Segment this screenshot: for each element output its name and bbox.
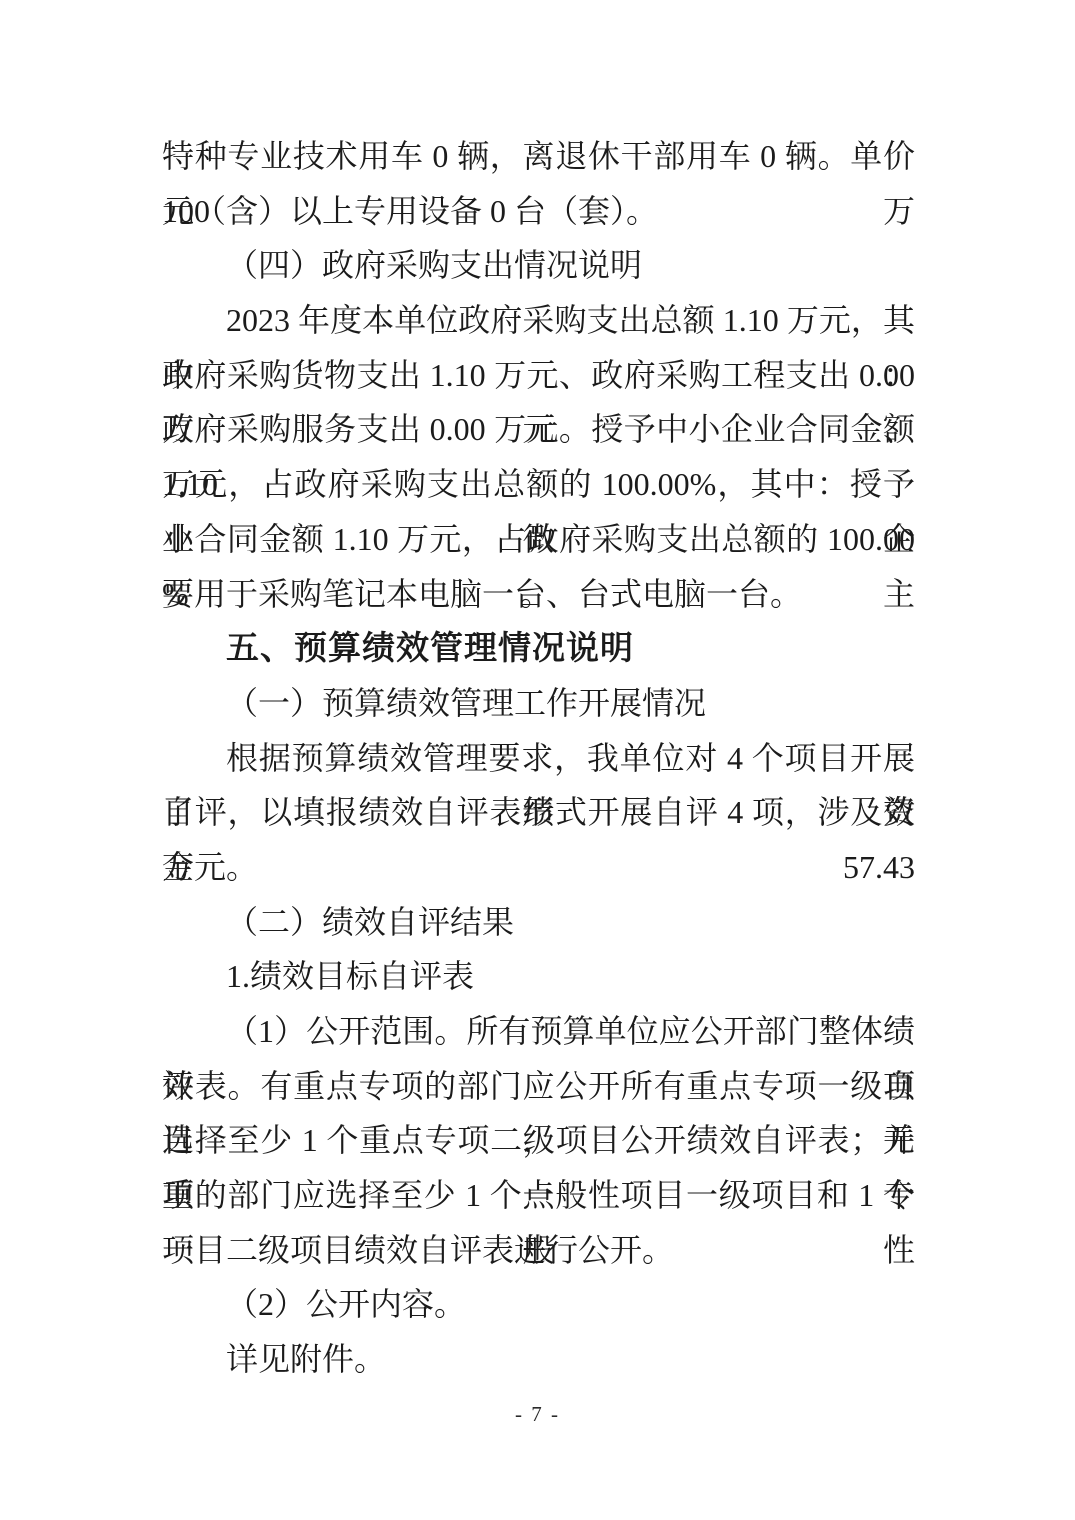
text-line: 2023 年度本单位政府采购支出总额 1.10 万元，其中： — [162, 293, 915, 348]
text-line: 评表。有重点专项的部门应公开所有重点专项一级项目，并 — [162, 1059, 915, 1114]
text-line: 业合同金额 1.10 万元，占政府采购支出总额的 100.00 %。主 — [162, 512, 915, 567]
text-line: 自评，以填报绩效自评表形式开展自评 4 项，涉及资金 57.43 — [162, 785, 915, 840]
text-line: 特种专业技术用车 0 辆，离退休干部用车 0 辆。单价 100 万 — [162, 129, 915, 184]
text-line: （1）公开范围。所有预算单位应公开部门整体绩效自 — [162, 1004, 915, 1059]
text-line: 根据预算绩效管理要求，我单位对 4 个项目开展了绩效 — [162, 731, 915, 786]
text-line: 详见附件。 — [162, 1332, 915, 1387]
text-line: 选择至少 1 个重点专项二级项目公开绩效自评表；无重点专 — [162, 1113, 915, 1168]
page-number: - 7 - — [0, 1402, 1075, 1427]
text-line: 项的部门应选择至少 1 个一般性项目一级项目和 1 个一般性 — [162, 1168, 915, 1223]
text-line: （2）公开内容。 — [162, 1277, 915, 1332]
text-line: 万元，占政府采购支出总额的 100.00%，其中：授予小微企 — [162, 457, 915, 512]
document-page: 特种专业技术用车 0 辆，离退休干部用车 0 辆。单价 100 万元（含）以上专… — [0, 0, 1075, 1520]
text-line: （四）政府采购支出情况说明 — [162, 238, 915, 293]
text-line: 政府采购货物支出 1.10 万元、政府采购工程支出 0.00 万元、 — [162, 348, 915, 403]
text-line: 1.绩效目标自评表 — [162, 949, 915, 1004]
text-line: 政府采购服务支出 0.00 万元。授予中小企业合同金额 1.10 — [162, 402, 915, 457]
document-body: 特种专业技术用车 0 辆，离退休干部用车 0 辆。单价 100 万元（含）以上专… — [162, 129, 915, 1387]
text-line: （一）预算绩效管理工作开展情况 — [162, 676, 915, 731]
text-line: （二）绩效自评结果 — [162, 895, 915, 950]
section-heading: 五、预算绩效管理情况说明 — [162, 621, 915, 676]
